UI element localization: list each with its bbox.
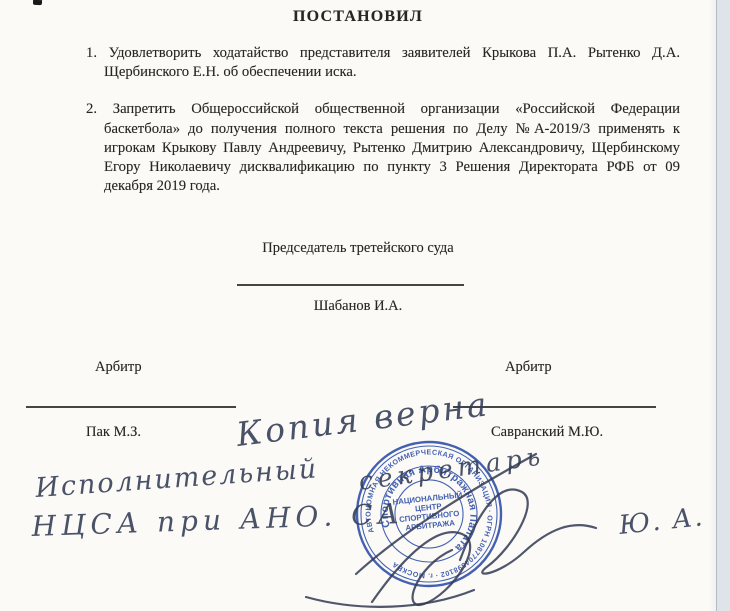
item-number: 2. <box>86 101 97 117</box>
item-text: Запретить Общероссийской общественной ор… <box>104 101 680 194</box>
official-stamp: АВТОНОМНАЯ НЕКОММЕРЧЕСКАЯ ОРГАНИЗАЦИЯ ∙ … <box>353 438 505 590</box>
resolution-items: 1. Удовлетворить ходатайство представите… <box>86 44 680 196</box>
arbiter-right-signature-line <box>453 406 656 408</box>
arbiter-left-name: Пак М.З. <box>86 424 141 441</box>
scan-edge <box>716 0 730 611</box>
item-text: Удовлетворить ходатайство представителя … <box>104 45 680 80</box>
arbiter-right-title: Арбитр <box>505 359 552 376</box>
chairman-title: Председатель третейского суда <box>0 240 716 257</box>
scan-artifact <box>33 0 42 5</box>
document-page: ПОСТАНОВИЛ 1. Удовлетворить ходатайство … <box>0 0 730 611</box>
signature-underline-sweep <box>306 590 474 607</box>
resolution-item-1: 1. Удовлетворить ходатайство представите… <box>86 44 680 82</box>
chairman-signature-line <box>237 284 464 286</box>
resolution-item-2: 2. Запретить Общероссийской общественной… <box>86 100 680 196</box>
arbiter-left-title: Арбитр <box>95 359 142 376</box>
chairman-name: Шабанов И.А. <box>0 298 716 315</box>
handwritten-signature-initials: Ю. А. <box>617 502 706 541</box>
arbiter-right-name: Савранский М.Ю. <box>491 424 603 441</box>
document-title: ПОСТАНОВИЛ <box>0 8 716 26</box>
handwritten-line2: НЦСА при АНО. СА <box>30 497 404 543</box>
item-number: 1. <box>86 45 97 61</box>
arbiter-left-signature-line <box>26 406 236 408</box>
handwritten-line1-word1: Исполнительный <box>33 453 319 504</box>
